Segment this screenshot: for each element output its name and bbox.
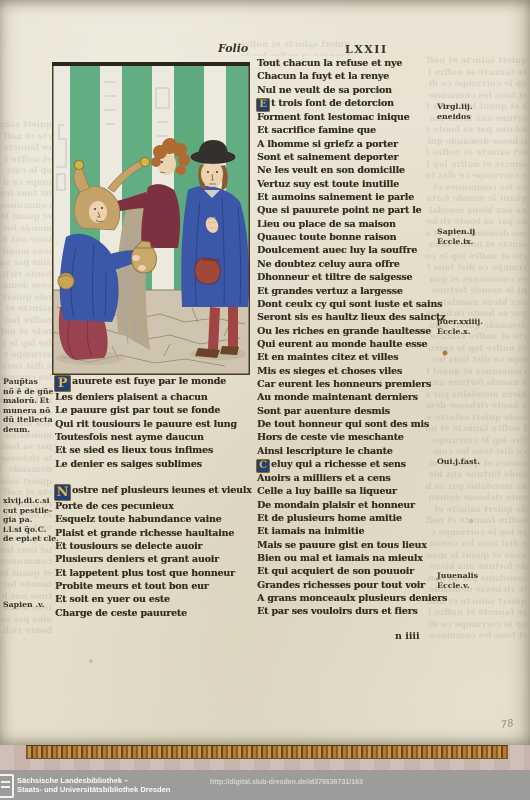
verse-line: Celle a luy baille sa liqueur <box>257 485 447 498</box>
margin-note-line: Eccle.ix. <box>437 237 475 247</box>
verse-line: Et de plusieurs home amitie <box>257 512 447 525</box>
verse-line: Car eurent les honneurs premiers <box>257 378 447 391</box>
verse-line: Dont ceulx cy qui sont iuste et sains <box>257 298 447 311</box>
margin-note-line: Oui.j.fast. <box>437 457 480 467</box>
verse-line: Et soit en yuer ou este <box>55 593 252 606</box>
verse-line: Celuy qui a richesse et sens <box>257 458 447 472</box>
margin-note-line: eneidos <box>437 112 473 122</box>
verse-line: Quauec toute bonne raison <box>257 231 447 244</box>
margin-note-line: de epi.et cle. <box>3 534 59 544</box>
verse-line: Porte de ces pecunieux <box>55 500 252 513</box>
verse-line: De tout honneur qui sont des mis <box>257 418 447 431</box>
margin-note-line: Eccle.x. <box>437 327 483 337</box>
verse-line: Auoirs a milliers et a cens <box>257 472 447 485</box>
verse-line: Pauurete est fuye par le monde <box>55 375 237 391</box>
verse-line: Dhonneur et tiltre de saigesse <box>257 271 447 284</box>
margin-note: Paup̃tasnõ ē de gñemalorũ. Etmunera nõdũ… <box>3 377 53 435</box>
verse-line: A lhomme si griefz a porter <box>257 138 447 151</box>
library-logo-icon <box>0 774 14 798</box>
verse-line: Doulcement auec luy la souffre <box>257 244 447 257</box>
verse-line: Tout chacun la refuse et nye <box>257 57 447 70</box>
verse-text: t trois font de detorcion <box>271 98 394 109</box>
margin-note-line: xlvij.di.c.si <box>3 496 59 506</box>
verse-line: Nostre nef plusieurs ieunes et vieulx <box>55 484 252 500</box>
margin-note: Oui.j.fast. <box>437 457 480 467</box>
verse-line: Ne les veult en son domicille <box>257 164 447 177</box>
margin-note-line: Sapien.ij <box>437 227 475 237</box>
margin-note: Virgl.iij.eneidos <box>437 102 473 121</box>
verse-line: Chacun la fuyt et la renye <box>257 70 447 83</box>
verse-line: Et en maintes citez et villes <box>257 351 447 364</box>
margin-note-line: Juuenalis <box>437 571 478 581</box>
verse-text: eluy qui a richesse et sens <box>271 459 406 470</box>
verse-line: Et qui acquiert de son pouuoir <box>257 565 447 578</box>
verse-line: Et iamais na inimitie <box>257 525 447 538</box>
verse-line: Que si pauurete point ne part le <box>257 204 447 217</box>
library-name-line1: Sächsische Landesbibliothek – <box>17 776 128 785</box>
illuminated-initial: P <box>55 376 70 391</box>
verse-line: De mondain plaisir et honneur <box>257 499 447 512</box>
verse-text: auurete est fuye par le monde <box>72 376 226 387</box>
verse-line: A grans monceaulx plusieurs deniers <box>257 592 447 605</box>
verse-line: Lieu ou place de sa maison <box>257 218 447 231</box>
illuminated-initial: C <box>257 460 269 472</box>
illuminated-initial: E <box>257 99 269 111</box>
document-url: http://digital.slub-dresden.de/id3786367… <box>210 778 363 787</box>
verse-line: Nul ne veult de sa porcion <box>257 84 447 97</box>
pencil-foliation: 78 <box>500 718 514 731</box>
margin-note-line: Paup̃tas <box>3 377 53 387</box>
verse-line: Qui eurent au monde haulte esse <box>257 338 447 351</box>
verse-line: Plusieurs deniers et grant auoir <box>55 553 252 566</box>
verse-line: Forment font lestomac inique <box>257 111 447 124</box>
margin-note-line: dũ itellecta <box>3 415 53 425</box>
margin-note: Sapien .v. <box>3 600 45 610</box>
verse-line: Seront sis es haultz lieux des sainctz <box>257 311 447 324</box>
verse-line: Et aumoins sainement ie parle <box>257 191 447 204</box>
verse-line: Vertuz suy est toute inutille <box>257 178 447 191</box>
margin-note-line: gia pa. <box>3 515 59 525</box>
margin-note-line: Sapien .v. <box>3 600 45 610</box>
verse-line: Et par ses vouloirs durs et fiers <box>257 605 447 618</box>
verse-line: Et sacrifice famine que <box>257 124 447 137</box>
verse-line: Et grandes vertuz a largesse <box>257 285 447 298</box>
verse-line: Ou les riches en grande haultesse <box>257 325 447 338</box>
verse-line: Qui rit tousiours le pauure est lung <box>55 418 237 431</box>
verse-line: Les deniers plaisent a chacun <box>55 391 237 404</box>
miniature-illustration <box>52 62 250 375</box>
margin-note-line: puer.xxiiij. <box>437 317 483 327</box>
verse-line: Grandes richesses pour tout voir <box>257 579 447 592</box>
margin-note-line: i.l.si q̃o.C. <box>3 525 59 535</box>
verse-line: Hors de ceste vie meschante <box>257 431 447 444</box>
quire-signature: n iiii <box>395 631 420 642</box>
verse-line: Sont par auenture desmis <box>257 405 447 418</box>
margin-note-line: Virgl.iij. <box>437 102 473 112</box>
verse-line: Probite meurs et tout bon eur <box>55 580 252 593</box>
margin-note-line: deum. <box>3 425 53 435</box>
margin-note: JuuenalisEccle.v. <box>437 571 478 590</box>
verse-line: Et lappetent plus tost que honneur <box>55 567 252 580</box>
margin-note-line: nõ ē de gñe <box>3 387 53 397</box>
folio-label: Folio <box>218 42 248 55</box>
footer-bar: Sächsische Landesbibliothek – Staats- un… <box>0 770 530 800</box>
verse-line: Sont et sainement deporter <box>257 151 447 164</box>
left-text-column: Nostre nef plusieurs ieunes et vieulxPor… <box>55 484 252 620</box>
margin-note-line: munera nõ <box>3 406 53 416</box>
margin-note-line: cut pestile- <box>3 506 59 516</box>
verse-line: Ainsi lescripture le chante <box>257 445 447 458</box>
verse-line: Bien ou mal et iamais na mieulx <box>257 552 447 565</box>
verse-line: Esquelz toute habundance vaine <box>55 513 252 526</box>
miniature-frame-top <box>52 62 250 66</box>
verse-line: Et se sied es lieux tous infimes <box>55 444 237 457</box>
verse-line: Toutesfois nest ayme daucun <box>55 431 237 444</box>
margin-note-line: malorũ. Et <box>3 396 53 406</box>
right-text-column: Tout chacun la refuse et nyeChacun la fu… <box>257 57 447 619</box>
scan-viewer: quiert saincte et noffre fauncte et noff… <box>0 0 530 800</box>
verse-line: Charge de ceste pauurete <box>55 607 252 620</box>
left-text-column: Pauurete est fuye par le mondeLes denier… <box>55 375 237 471</box>
verse-line: Le pauure gist par tout se fonde <box>55 404 237 417</box>
verse-line: Le denier es saiges sublimes <box>55 458 237 471</box>
verse-line: Plaist et grande richesse haultaine <box>55 527 252 540</box>
foxing-specks <box>0 0 2 2</box>
verse-line: Mais se pauure gist en tous lieux <box>257 539 447 552</box>
margin-note: Sapien.ijEccle.ix. <box>437 227 475 246</box>
verse-text: ostre nef plusieurs ieunes et vieulx <box>72 485 252 496</box>
margin-note: xlvij.di.c.sicut pestile-gia pa.i.l.si q… <box>3 496 59 544</box>
verse-line: Et trois font de detorcion <box>257 97 447 111</box>
gilt-book-edge <box>26 745 508 759</box>
verse-line: Et tousiours se delecte auoir <box>55 540 252 553</box>
folio-number: LXXII <box>345 43 388 56</box>
library-name-line2: Staats- und Universitätsbibliothek Dresd… <box>17 785 170 794</box>
margin-note-line: Eccle.v. <box>437 581 478 591</box>
verse-line: Ne doubtez celuy aura offre <box>257 258 447 271</box>
margin-note: puer.xxiiij.Eccle.x. <box>437 317 483 336</box>
verse-line: Mis es sieges et choses viles <box>257 365 447 378</box>
verse-line: Au monde maintenant derniers <box>257 391 447 404</box>
